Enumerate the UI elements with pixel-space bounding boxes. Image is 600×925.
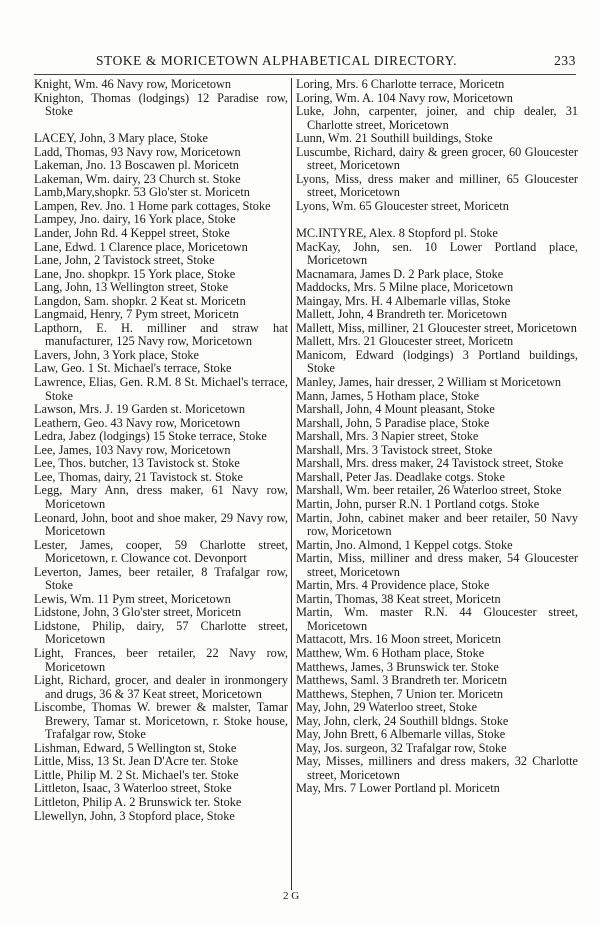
directory-entry: Lapthorn, E. H. milliner and straw hat m…: [34, 322, 288, 349]
directory-entry: Martin, John, purser R.N. 1 Portland cot…: [296, 498, 578, 512]
directory-entry: Leathern, Geo. 43 Navy row, Moricetown: [34, 417, 288, 431]
directory-entry: Loring, Mrs. 6 Charlotte terrace, Morice…: [296, 78, 578, 92]
directory-entry: Lee, James, 103 Navy row, Moricetown: [34, 444, 288, 458]
directory-entry: Lidstone, John, 3 Glo'ster street, Moric…: [34, 606, 288, 620]
directory-entry: Manicom, Edward (lodgings) 3 Portland bu…: [296, 349, 578, 376]
directory-entry: Lane, Jno. shopkpr. 15 York place, Stoke: [34, 268, 288, 282]
directory-entry: Marshall, Wm. beer retailer, 26 Waterloo…: [296, 484, 578, 498]
directory-entry: Littleton, Isaac, 3 Waterloo street, Sto…: [34, 782, 288, 796]
directory-entry: Langdon, Sam. shopkr. 2 Keat st. Moricet…: [34, 295, 288, 309]
signature-mark: 2 G: [283, 890, 299, 902]
column-divider: [291, 78, 292, 890]
directory-entry: Little, Philip M. 2 St. Michael's ter. S…: [34, 769, 288, 783]
directory-entry: Lester, James, cooper, 59 Charlotte stre…: [34, 539, 288, 566]
directory-entry: Light, Richard, grocer, and dealer in ir…: [34, 674, 288, 701]
directory-entry: Mallett, Mrs. 21 Gloucester street, Mori…: [296, 335, 578, 349]
directory-entry: Knighton, Thomas (lodgings) 12 Paradise …: [34, 92, 288, 119]
directory-entry: Legg, Mary Ann, dress maker, 61 Navy row…: [34, 484, 288, 511]
directory-entry: Langmaid, Henry, 7 Pym street, Moricetn: [34, 308, 288, 322]
directory-entry: Marshall, Peter Jas. Deadlake cotgs. Sto…: [296, 471, 578, 485]
directory-entry: Ladd, Thomas, 93 Navy row, Moricetown: [34, 146, 288, 160]
directory-entry: Lakeman, Jno. 13 Boscawen pl. Moricetn: [34, 159, 288, 173]
directory-entry: Liscombe, Thomas W. brewer & malster, Ta…: [34, 701, 288, 742]
directory-entry: Matthews, Saml. 3 Brandreth ter. Moricet…: [296, 674, 578, 688]
directory-entry: Matthews, Stephen, 7 Union ter. Moricetn: [296, 688, 578, 702]
page-header: STOKE & MORICETOWN ALPHABETICAL DIRECTOR…: [96, 53, 576, 73]
directory-entry: MacKay, John, sen. 10 Lower Portland pla…: [296, 241, 578, 268]
directory-entry: Martin, Miss, milliner and dress maker, …: [296, 552, 578, 579]
directory-entry: Macnamara, James D. 2 Park place, Stoke: [296, 268, 578, 282]
directory-entry: Lawrence, Elias, Gen. R.M. 8 St. Michael…: [34, 376, 288, 403]
directory-entry: Lander, John Rd. 4 Keppel street, Stoke: [34, 227, 288, 241]
directory-entry: May, John Brett, 6 Albemarle villas, Sto…: [296, 728, 578, 742]
directory-entry: Law, Geo. 1 St. Michael's terrace, Stoke: [34, 362, 288, 376]
directory-entry: Maingay, Mrs. H. 4 Albemarle villas, Sto…: [296, 295, 578, 309]
directory-entry: Marshall, Mrs. 3 Tavistock street, Stoke: [296, 444, 578, 458]
directory-entry: Luke, John, carpenter, joiner, and chip …: [296, 105, 578, 132]
directory-entry: Lunn, Wm. 21 Southill buildings, Stoke: [296, 132, 578, 146]
directory-entry: Marshall, Mrs. dress maker, 24 Tavistock…: [296, 457, 578, 471]
directory-entry: Martin, John, cabinet maker and beer ret…: [296, 512, 578, 539]
section-gap: [34, 119, 288, 133]
directory-entry: Lakeman, Wm. dairy, 23 Church st. Stoke: [34, 173, 288, 187]
directory-entry: Mann, James, 5 Hotham place, Stoke: [296, 390, 578, 404]
directory-entry: Lawson, Mrs. J. 19 Garden st. Moricetown: [34, 403, 288, 417]
directory-entry: Lewis, Wm. 11 Pym street, Moricetown: [34, 593, 288, 607]
directory-entry: Matthew, Wm. 6 Hotham place, Stoke: [296, 647, 578, 661]
directory-entry: Ledra, Jabez (lodgings) 15 Stoke terrace…: [34, 430, 288, 444]
directory-entry: Lang, John, 13 Wellington street, Stoke: [34, 281, 288, 295]
right-column: Loring, Mrs. 6 Charlotte terrace, Morice…: [296, 78, 578, 796]
directory-entry: Lyons, Miss, dress maker and milliner, 6…: [296, 173, 578, 200]
directory-entry: Martin, Thomas, 38 Keat street, Moricetn: [296, 593, 578, 607]
directory-entry: Luscumbe, Richard, dairy & green grocer,…: [296, 146, 578, 173]
directory-entry: Mallett, Miss, milliner, 21 Gloucester s…: [296, 322, 578, 336]
directory-entry: Little, Miss, 13 St. Jean D'Acre ter. St…: [34, 755, 288, 769]
directory-entry: Leverton, James, beer retailer, 8 Trafal…: [34, 566, 288, 593]
directory-entry: Light, Frances, beer retailer, 22 Navy r…: [34, 647, 288, 674]
directory-entry: Mallett, John, 4 Brandreth ter. Moriceto…: [296, 308, 578, 322]
directory-entry: May, John, 29 Waterloo street, Stoke: [296, 701, 578, 715]
directory-entry: MC.INTYRE, Alex. 8 Stopford pl. Stoke: [296, 227, 578, 241]
directory-entry: Matthews, James, 3 Brunswick ter. Stoke: [296, 661, 578, 675]
directory-entry: Maddocks, Mrs. 5 Milne place, Moricetown: [296, 281, 578, 295]
directory-entry: Lidstone, Philip, dairy, 57 Charlotte st…: [34, 620, 288, 647]
directory-entry: Manley, James, hair dresser, 2 William s…: [296, 376, 578, 390]
directory-entry: Leonard, John, boot and shoe maker, 29 N…: [34, 512, 288, 539]
directory-entry: Lampen, Rev. Jno. 1 Home park cottages, …: [34, 200, 288, 214]
directory-entry: May, Mrs. 7 Lower Portland pl. Moricetn: [296, 782, 578, 796]
directory-entry: May, Misses, milliners and dress makers,…: [296, 755, 578, 782]
directory-page: STOKE & MORICETOWN ALPHABETICAL DIRECTOR…: [0, 0, 600, 925]
directory-entry: Lane, John, 2 Tavistock street, Stoke: [34, 254, 288, 268]
directory-entry: Lee, Thomas, dairy, 21 Tavistock st. Sto…: [34, 471, 288, 485]
directory-entry: Lane, Edwd. 1 Clarence place, Moricetown: [34, 241, 288, 255]
directory-entry: Martin, Jno. Almond, 1 Keppel cotgs. Sto…: [296, 539, 578, 553]
directory-entry: Lampey, Jno. dairy, 16 York place, Stoke: [34, 213, 288, 227]
directory-entry: Llewellyn, John, 3 Stopford place, Stoke: [34, 810, 288, 824]
directory-entry: Martin, Mrs. 4 Providence place, Stoke: [296, 579, 578, 593]
directory-entry: Lishman, Edward, 5 Wellington st, Stoke: [34, 742, 288, 756]
page-title: STOKE & MORICETOWN ALPHABETICAL DIRECTOR…: [96, 53, 457, 69]
directory-entry: LACEY, John, 3 Mary place, Stoke: [34, 132, 288, 146]
directory-entry: Lavers, John, 3 York place, Stoke: [34, 349, 288, 363]
directory-entry: Martin, Wm. master R.N. 44 Gloucester st…: [296, 606, 578, 633]
directory-entry: Lamb,Mary,shopkr. 53 Glo'ster st. Morice…: [34, 186, 288, 200]
directory-entry: Mattacott, Mrs. 16 Moon street, Moricetn: [296, 633, 578, 647]
directory-entry: Marshall, Mrs. 3 Napier street, Stoke: [296, 430, 578, 444]
directory-entry: May, Jos. surgeon, 32 Trafalgar row, Sto…: [296, 742, 578, 756]
directory-entry: Marshall, John, 4 Mount pleasant, Stoke: [296, 403, 578, 417]
directory-entry: Littleton, Philip A. 2 Brunswick ter. St…: [34, 796, 288, 810]
directory-entry: Lyons, Wm. 65 Gloucester street, Moricet…: [296, 200, 578, 214]
directory-entry: May, John, clerk, 24 Southill bldngs. St…: [296, 715, 578, 729]
section-gap: [296, 213, 578, 227]
directory-entry: Knight, Wm. 46 Navy row, Moricetown: [34, 78, 288, 92]
directory-entry: Lee, Thos. butcher, 13 Tavistock st. Sto…: [34, 457, 288, 471]
directory-entry: Marshall, John, 5 Paradise place, Stoke: [296, 417, 578, 431]
directory-entry: Loring, Wm. A. 104 Navy row, Moricetown: [296, 92, 578, 106]
left-column: Knight, Wm. 46 Navy row, MoricetownKnigh…: [34, 78, 288, 823]
page-number: 233: [554, 53, 576, 69]
header-rule: [34, 74, 576, 76]
